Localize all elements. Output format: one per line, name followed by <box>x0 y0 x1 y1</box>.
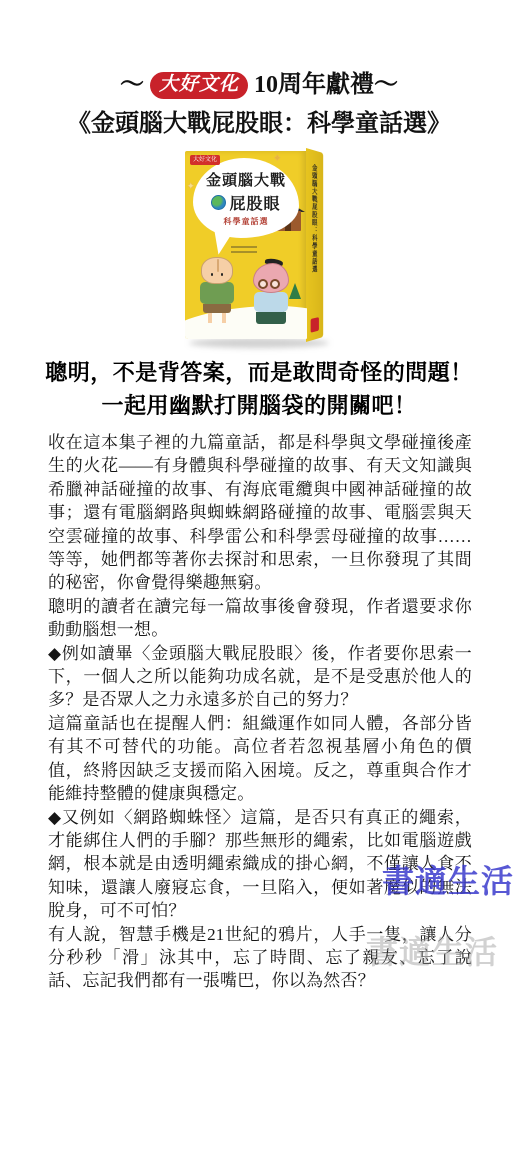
legs <box>208 313 226 323</box>
earth-icon <box>211 195 226 210</box>
brain-head <box>253 263 289 293</box>
anniversary-text: 10周年獻禮～ <box>254 70 398 100</box>
paragraph: 收在這本集子裡的九篇童話，都是科學與文學碰撞後產生的火花——有身體與科學碰撞的故… <box>48 431 472 595</box>
page-title: 《金頭腦大戰屁股眼：科學童話選》 <box>0 103 518 138</box>
cover-title-line1: 金頭腦大戰 <box>206 169 286 190</box>
book-spine: 金頭腦大戰屁股眼：科學童話選 <box>306 148 323 342</box>
brown-shorts <box>203 304 231 313</box>
green-sweater <box>200 282 234 304</box>
headline-line2: 一起用幽默打開腦袋的開關吧！ <box>0 389 518 422</box>
cover-title-line2: 屁股眼 <box>229 191 280 214</box>
paragraph: ◆例如讀畢〈金頭腦大戰屁股眼〉後，作者要你思索一下，一個人之所以能夠功成名就，是… <box>48 642 472 712</box>
book-front-cover: 大好文化 ✦ ✦ ✦ 金頭腦大戰 屁股眼 科學童話選 <box>185 151 307 339</box>
promo-page: ～ 大好文化 10周年獻禮～ 《金頭腦大戰屁股眼：科學童話選》 大好文化 ✦ ✦… <box>0 0 518 1153</box>
glasses-icon <box>258 279 280 289</box>
page-header: ～ 大好文化 10周年獻禮～ 《金頭腦大戰屁股眼：科學童話選》 <box>0 70 518 138</box>
green-pants <box>256 312 286 324</box>
paragraph: 這篇童話也在提醒人們：組織運作如同人體，各部分皆有其不可替代的功能。高位者若忽視… <box>48 712 472 806</box>
blue-shirt <box>254 292 288 312</box>
cover-subtitle: 科學童話選 <box>224 216 269 227</box>
author-credit-lines <box>231 246 257 256</box>
butt-head <box>201 257 233 284</box>
star-icon: ✦ <box>187 181 195 192</box>
anniversary-line: ～ 大好文化 10周年獻禮～ <box>0 70 518 100</box>
site-watermark-gray: 書適生活 <box>366 927 498 973</box>
title-speech-bubble: 金頭腦大戰 屁股眼 科學童話選 <box>193 158 299 238</box>
site-watermark-blue: 書適生活 <box>382 856 514 902</box>
paragraph: 聰明的讀者在讀完每一篇故事後會發現，作者還要求你動動腦想一想。 <box>48 595 472 642</box>
brain-head-character <box>251 259 291 327</box>
butt-head-character <box>199 257 235 323</box>
spine-title: 金頭腦大戰屁股眼：科學童話選 <box>311 163 318 273</box>
promo-headline: 聰明，不是背答案，而是敢問奇怪的問題！ 一起用幽默打開腦袋的開關吧！ <box>0 356 518 422</box>
spine-publisher-logo <box>311 317 319 333</box>
star-icon: ✦ <box>273 153 281 164</box>
headline-line1: 聰明，不是背答案，而是敢問奇怪的問題！ <box>0 356 518 389</box>
book-cover-figure: 大好文化 ✦ ✦ ✦ 金頭腦大戰 屁股眼 科學童話選 <box>0 148 518 350</box>
cover-publisher-tag: 大好文化 <box>190 155 220 165</box>
description-text: 收在這本集子裡的九篇童話，都是科學與文學碰撞後產生的火花——有身體與科學碰撞的故… <box>48 431 472 993</box>
book-3d-mockup: 大好文化 ✦ ✦ ✦ 金頭腦大戰 屁股眼 科學童話選 <box>183 148 335 346</box>
publisher-badge: 大好文化 <box>150 72 248 99</box>
tilde-prefix: ～ <box>120 70 144 100</box>
